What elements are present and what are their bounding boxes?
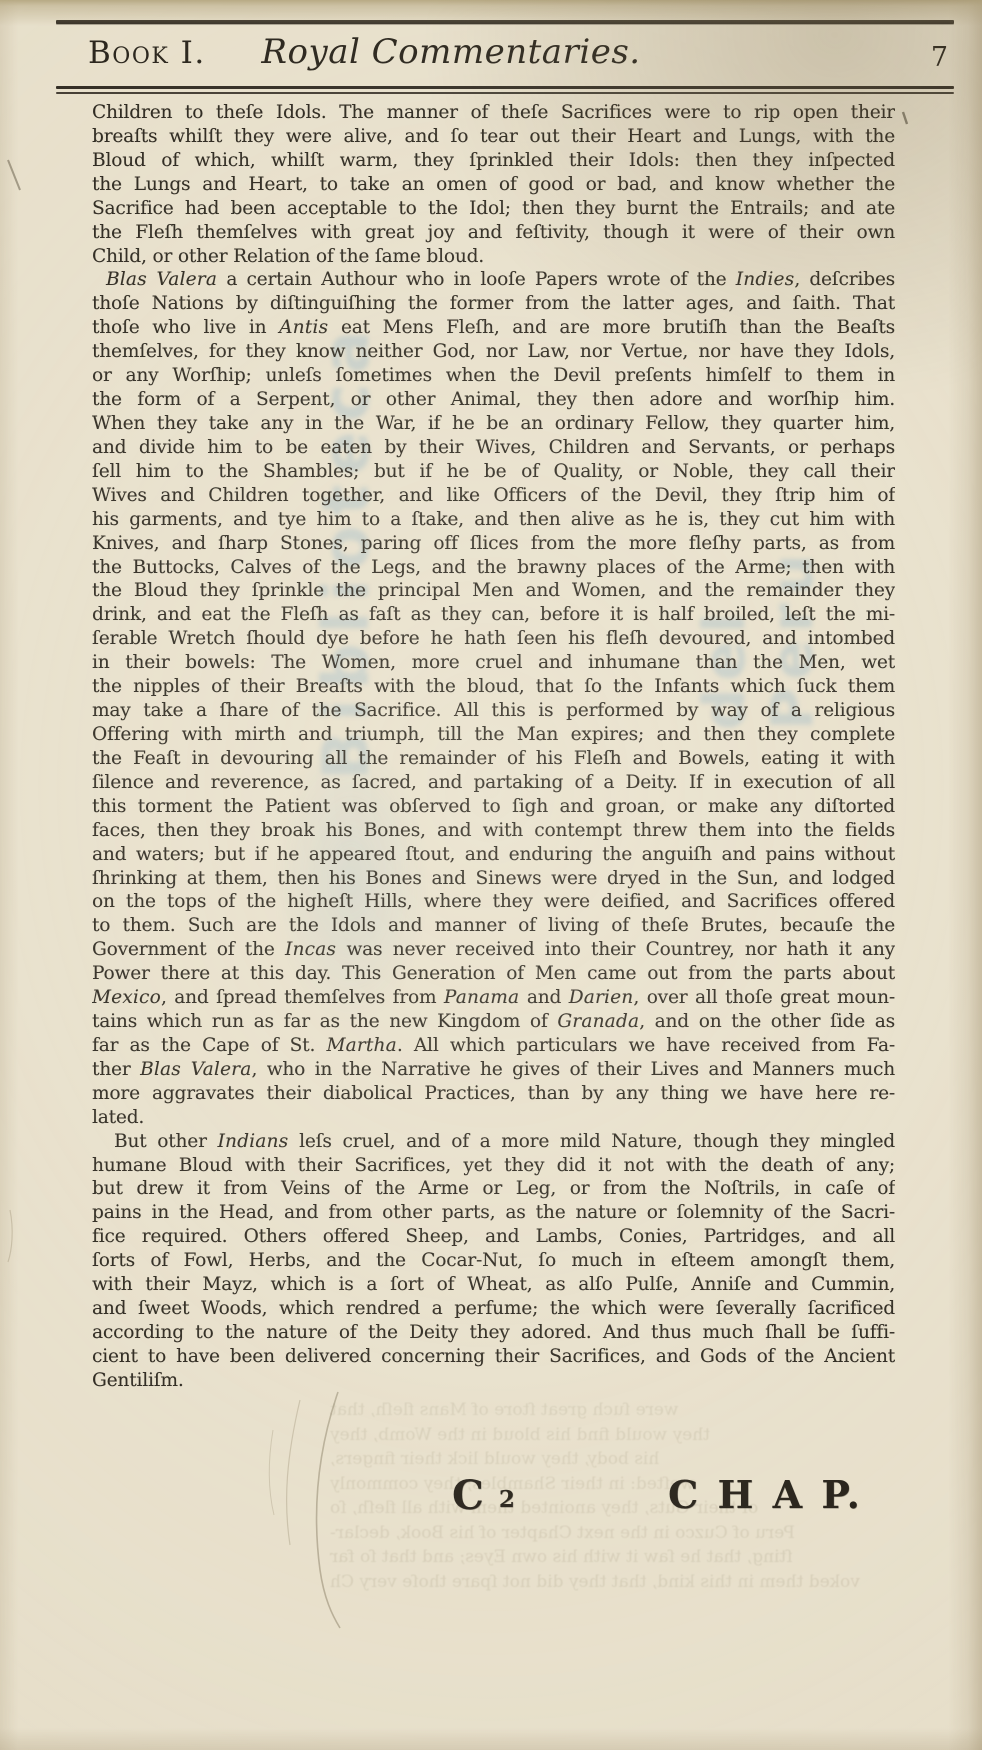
bleed-line: voked them in this kind, that they did n… (330, 1570, 960, 1595)
text-line: Power there at this day. This Generation… (92, 962, 895, 986)
text-line: the Fleſh themſelves with great joy and … (92, 221, 895, 245)
text-line: the Buttocks, Calves of the Legs, and th… (92, 556, 895, 580)
signature-letter: C (452, 1472, 484, 1519)
header-rule-thick (56, 86, 954, 89)
text-line: tains which run as far as the new Kingdo… (92, 1010, 895, 1034)
text-line: or any Worſhip; unleſs ſometimes when th… (92, 364, 895, 388)
text-line: faces, then they broak his Bones, and wi… (92, 819, 895, 843)
text-line: more aggravates their diabolical Practic… (92, 1082, 895, 1106)
text-line: ſilence and reverence, as ſacred, and pa… (92, 771, 895, 795)
signature-mark: C2 (452, 1472, 515, 1519)
text-line: Mexico, and ſpread themſelves from Panam… (92, 986, 895, 1010)
text-line: breaſts whilſt they were alive, and ſo t… (92, 125, 895, 149)
text-line: But other Indians leſs cruel, and of a m… (92, 1130, 895, 1154)
bleed-line: his body, they would lick their fingers, (330, 1447, 960, 1472)
text-line: Child, or other Relation of the ſame blo… (92, 245, 895, 269)
bleed-line: ſting, that he ſaw it with his own Eyes;… (330, 1545, 960, 1570)
text-line: drink, and eat the Fleſh as faſt as they… (92, 603, 895, 627)
text-line: fice required. Others offered Sheep, and… (92, 1225, 895, 1249)
text-line: the Lungs and Heart, to take an omen of … (92, 173, 895, 197)
text-line: lated. (92, 1106, 895, 1130)
text-line: ſell him to the Shambles; but if he be o… (92, 460, 895, 484)
book-page: Biblioteca del Peru were ſuch great ſtor… (0, 0, 982, 1750)
text-line: according to the nature of the Deity the… (92, 1321, 895, 1345)
text-line: this torment the Patient was obſerved to… (92, 795, 895, 819)
text-line: the Bloud they ſprinkle the principal Me… (92, 579, 895, 603)
signature-number: 2 (499, 1486, 515, 1513)
text-line: ther Blas Valera, who in the Narrative h… (92, 1058, 895, 1082)
page-number: 7 (931, 42, 948, 73)
text-line: his garments, and tye him to a ſtake, an… (92, 508, 895, 532)
bleed-line: were ſuch great ſtore of Mans fleſh, tha… (330, 1398, 960, 1423)
text-line: Sacrifice had been acceptable to the Ido… (92, 197, 895, 221)
text-line: themſelves, for they know neither God, n… (92, 340, 895, 364)
text-line: Blas Valera a certain Authour who in loo… (92, 268, 895, 292)
text-line: the Feaſt in devouring all the remainder… (92, 747, 895, 771)
text-line: cient to have been delivered concerning … (92, 1345, 895, 1369)
text-line: the nipples of their Breaſts with the bl… (92, 675, 895, 699)
text-line: the form of a Serpent, or other Animal, … (92, 388, 895, 412)
text-line: Government of the Incas was never receiv… (92, 938, 895, 962)
text-line: and waters; but if he appeared ſtout, an… (92, 843, 895, 867)
text-line: pains in the Head, and from other parts,… (92, 1201, 895, 1225)
page-footer: C2 C H A P. (0, 1472, 982, 1532)
text-line: Wives and Children together, and like Of… (92, 484, 895, 508)
text-line: Gentiliſm. (92, 1369, 895, 1393)
text-line: but drew it from Veins of the Arme or Le… (92, 1177, 895, 1201)
text-line: Knives, and ſharp Stones, paring off ſli… (92, 532, 895, 556)
text-line: may take a ſhare of the Sacrifice. All t… (92, 699, 895, 723)
text-line: and divide him to be eaten by their Wive… (92, 436, 895, 460)
text-line: ſhrinking at them, then his Bones and Si… (92, 867, 895, 891)
text-line: Offering with mirth and triumph, till th… (92, 723, 895, 747)
body-text: Children to theſe Idols. The manner of t… (92, 101, 895, 1393)
text-line: in their bowels: The Women, more cruel a… (92, 651, 895, 675)
running-title: Royal Commentaries. (0, 32, 902, 72)
text-line: thoſe who live in Antis eat Mens Fleſh, … (92, 316, 895, 340)
text-line: far as the Cape of St. Martha. All which… (92, 1034, 895, 1058)
bleed-line: they would find his bloud in the Womb, t… (330, 1423, 960, 1448)
text-line: and ſweet Woods, which rendred a perfume… (92, 1297, 895, 1321)
catchword: C H A P. (668, 1472, 863, 1517)
text-line: with their Mayz, which is a ſort of Whea… (92, 1273, 895, 1297)
running-header: Book I. Royal Commentaries. 7 (0, 30, 982, 82)
text-line: thoſe Nations by diſtinguiſhing the form… (92, 292, 895, 316)
text-line: ſerable Wretch ſhould dye before he hath… (92, 627, 895, 651)
text-line: to them. Such are the Idols and manner o… (92, 914, 895, 938)
text-line: When they take any in the War, if he be … (92, 412, 895, 436)
top-rule (56, 20, 954, 24)
text-line: on the tops of the higheſt Hills, where … (92, 890, 895, 914)
text-line: Bloud of which, whilſt warm, they ſprink… (92, 149, 895, 173)
header-rule-thin (56, 92, 954, 94)
text-line: ſorts of Fowl, Herbs, and the Cocar-Nut,… (92, 1249, 895, 1273)
text-line: Children to theſe Idols. The manner of t… (92, 101, 895, 125)
text-line: humane Bloud with their Sacrifices, yet … (92, 1154, 895, 1178)
